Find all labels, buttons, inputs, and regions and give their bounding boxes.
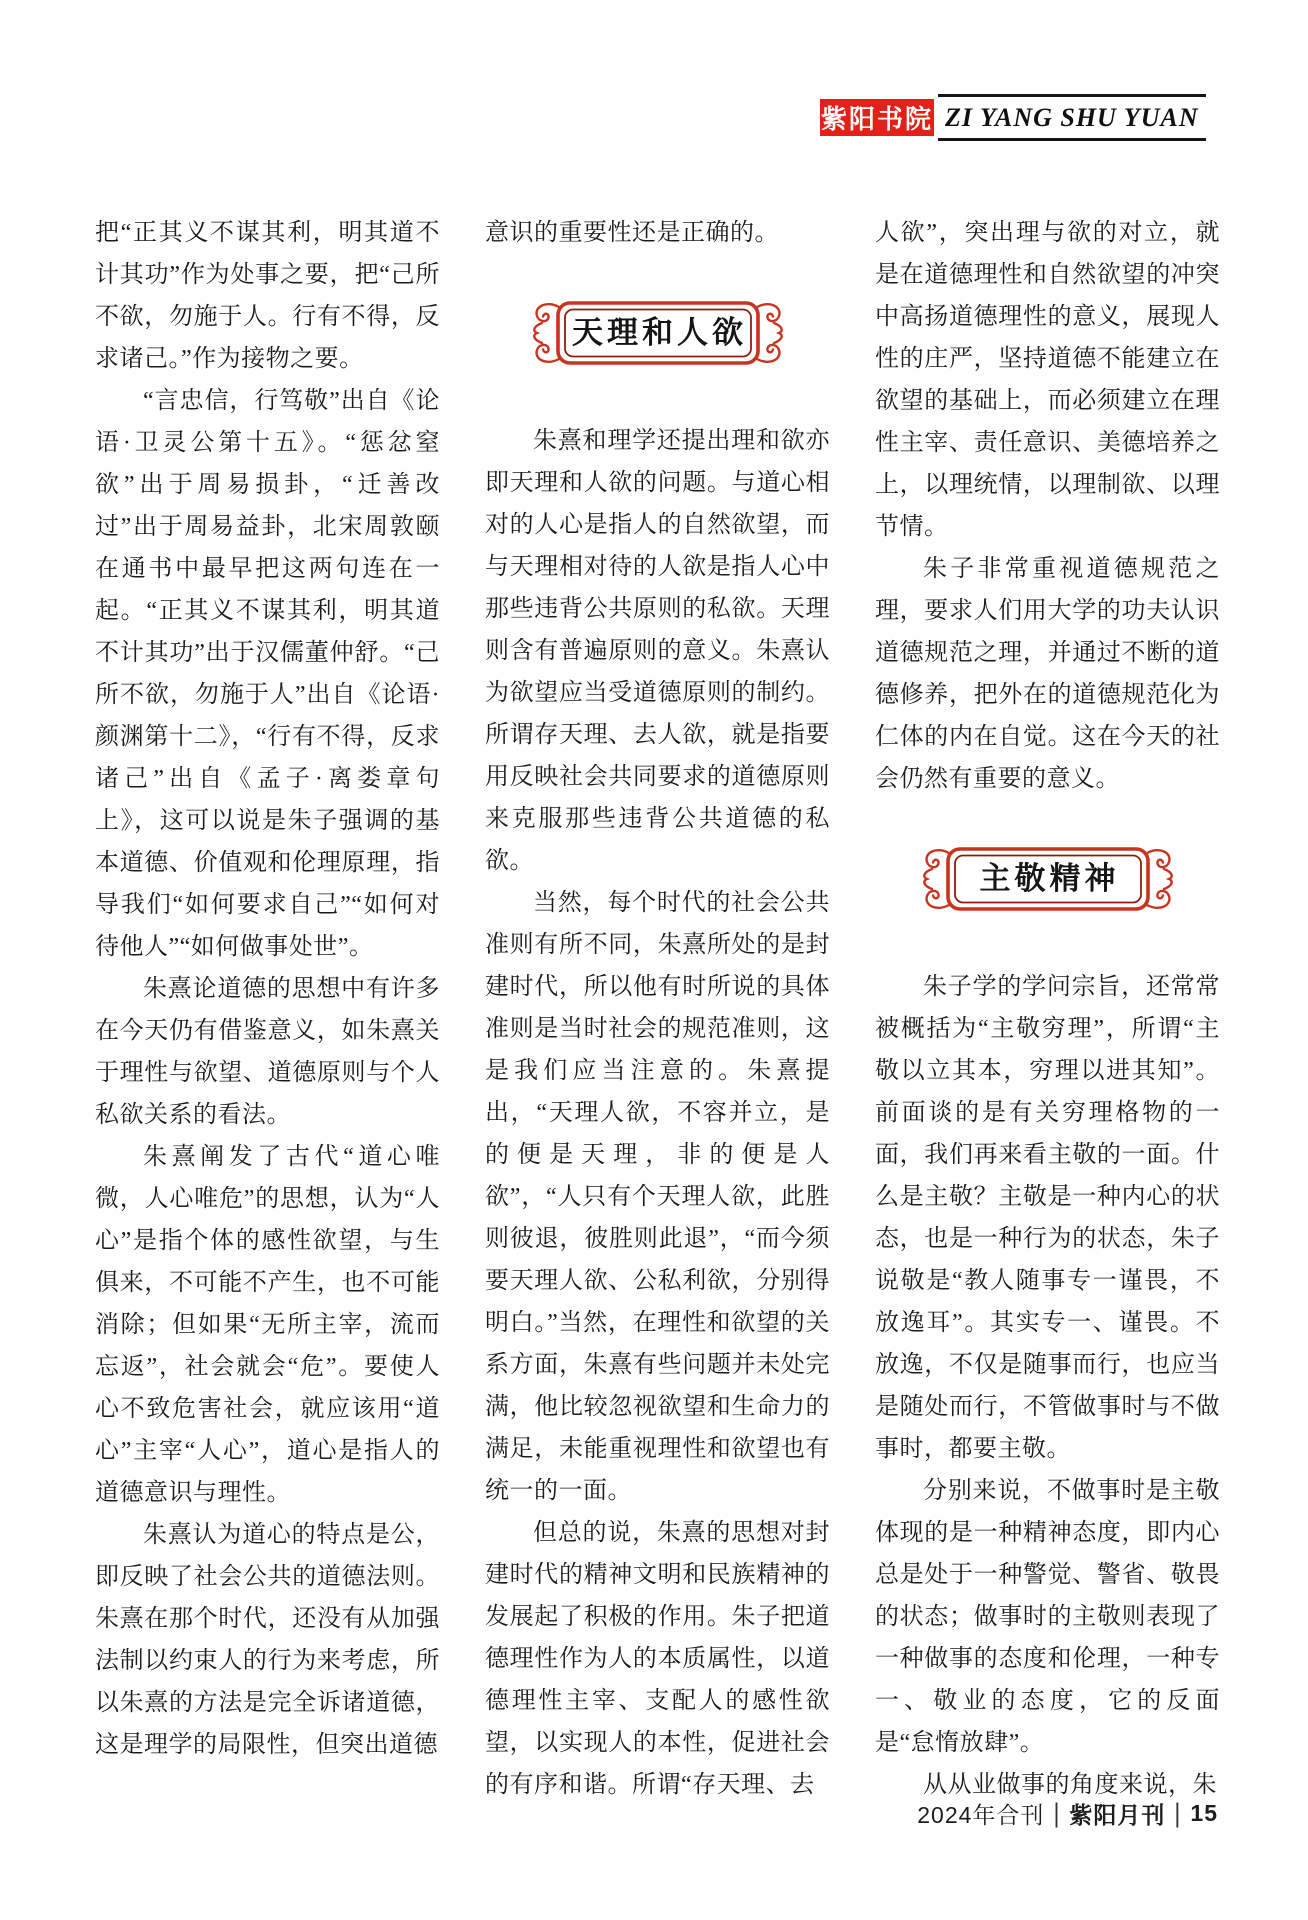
paragraph: 朱熹论道德的思想中有许多在今天仍有借鉴意义，如朱熹关于理性与欲望、道德原则与个人… <box>95 968 440 1136</box>
paragraph: 把“正其义不谋其利，明其道不计其功”作为处事之要，把“己所不欲，勿施于人。行有不… <box>95 212 440 380</box>
paragraph: “言忠信，行笃敬”出自《论语·卫灵公第十五》。“惩忿窒欲”出于周易损卦，“迁善改… <box>95 380 440 968</box>
column-2: 意识的重要性还是正确的。 天理和人欲 朱熹和理学还提出理和欲亦即天理和人欲的问题… <box>485 212 830 1806</box>
paragraph: 当然，每个时代的社会公共准则有所不同，朱熹所处的是封建时代，所以他有时所说的具体… <box>485 882 830 1512</box>
section-ornament-tianli: 天理和人欲 <box>532 294 784 372</box>
section-ornament-zhujing: 主敬精神 <box>922 840 1174 918</box>
column-3: 人欲”，突出理与欲的对立，就是在道德理性和自然欲望的冲突中高扬道德理性的意义，展… <box>875 212 1220 1806</box>
footer-separator: | <box>1174 1798 1181 1829</box>
page-header: 紫阳书院 ZI YANG SHU YUAN <box>820 94 1206 141</box>
column-1: 把“正其义不谋其利，明其道不计其功”作为处事之要，把“己所不欲，勿施于人。行有不… <box>95 212 440 1806</box>
paragraph: 但总的说，朱熹的思想对封建时代的精神文明和民族精神的发展起了积极的作用。朱子把道… <box>485 1512 830 1806</box>
page-footer: 2024年合刊 | 紫阳月刊 | 15 <box>917 1797 1218 1830</box>
footer-page-number: 15 <box>1190 1800 1218 1827</box>
paragraph: 朱熹和理学还提出理和欲亦即天理和人欲的问题。与道心相对的人心是指人的自然欲望，而… <box>485 420 830 882</box>
paragraph: 朱子非常重视道德规范之理，要求人们用大学的功夫认识道德规范之理，并通过不断的道德… <box>875 548 1220 800</box>
magazine-latin-title: ZI YANG SHU YUAN <box>945 103 1199 133</box>
magazine-latin-title-rule: ZI YANG SHU YUAN <box>938 94 1206 141</box>
magazine-badge: 紫阳书院 <box>820 99 934 136</box>
paragraph: 分别来说，不做事时是主敬体现的是一种精神态度，即内心总是处于一种警觉、警省、敬畏… <box>875 1470 1220 1764</box>
paragraph: 意识的重要性还是正确的。 <box>485 212 830 254</box>
paragraph: 人欲”，突出理与欲的对立，就是在道德理性和自然欲望的冲突中高扬道德理性的意义，展… <box>875 212 1220 548</box>
section-title-tianli: 天理和人欲 <box>558 303 758 363</box>
paragraph: 朱熹认为道心的特点是公，即反映了社会公共的道德法则。朱熹在那个时代，还没有从加强… <box>95 1514 440 1766</box>
section-title-zhujing: 主敬精神 <box>948 849 1148 909</box>
article-body: 把“正其义不谋其利，明其道不计其功”作为处事之要，把“己所不欲，勿施于人。行有不… <box>95 212 1220 1806</box>
footer-issue: 2024年合刊 <box>917 1797 1044 1830</box>
footer-separator: | <box>1053 1798 1060 1829</box>
paragraph: 朱子学的学问宗旨，还常常被概括为“主敬穷理”，所谓“主敬以立其本，穷理以进其知”… <box>875 966 1220 1470</box>
paragraph: 朱熹阐发了古代“道心唯微，人心唯危”的思想，认为“人心”是指个体的感性欲望，与生… <box>95 1136 440 1514</box>
footer-magazine-name: 紫阳月刊 <box>1069 1797 1165 1830</box>
